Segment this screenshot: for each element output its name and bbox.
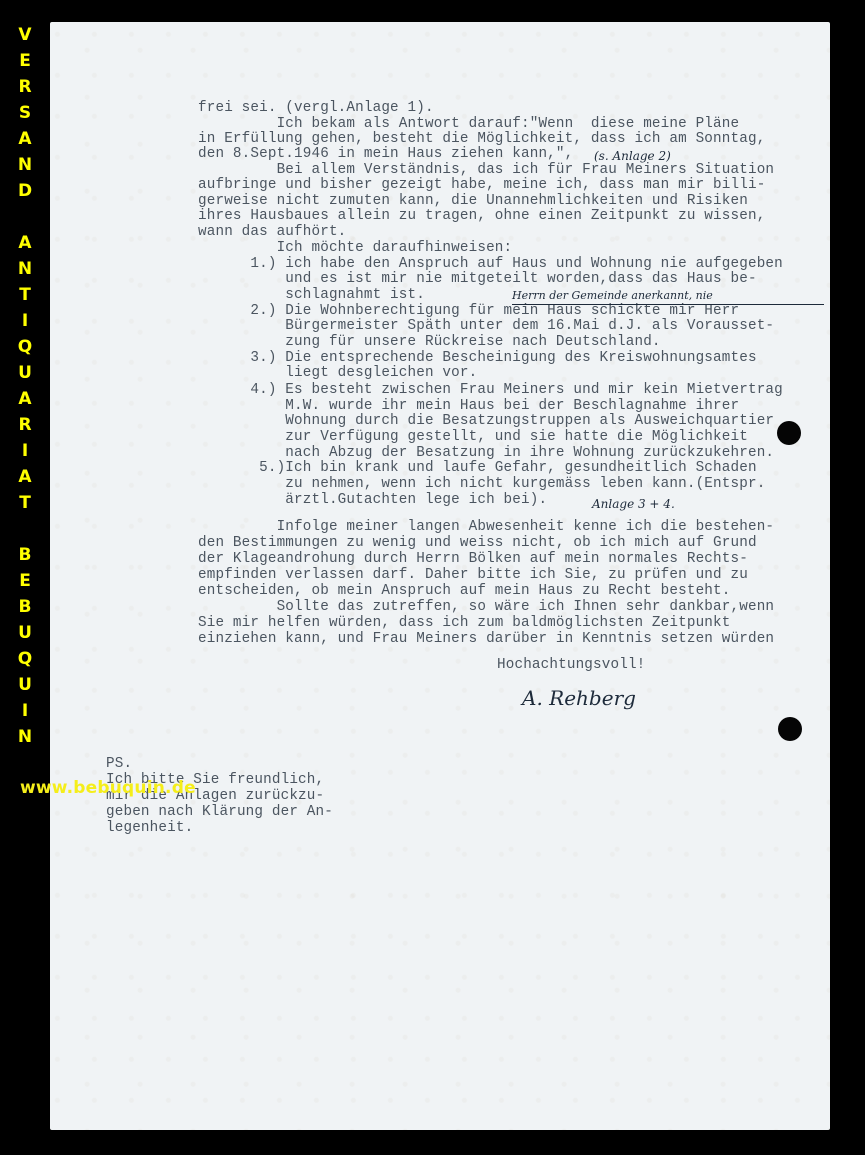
banner-letter: U	[18, 672, 32, 698]
letter-line: Sollte das zutreffen, so wäre ich Ihnen …	[198, 600, 774, 615]
banner-letter: D	[18, 178, 32, 204]
letter-line: der Klageandrohung durch Herrn Bölken au…	[198, 552, 748, 567]
banner-letter: U	[18, 620, 32, 646]
letter-line: Ich bekam als Antwort darauf:"Wenn diese…	[198, 117, 739, 132]
letter-line: Wohnung durch die Besatzungstruppen als …	[198, 414, 774, 429]
letter-line: aufbringe und bisher gezeigt habe, meine…	[198, 178, 765, 193]
banner-letter: I	[22, 698, 28, 724]
letter-line: liegt desgleichen vor.	[198, 366, 477, 381]
letter-line: nach Abzug der Besatzung in ihre Wohnung…	[198, 446, 774, 461]
letter-line: den Bestimmungen zu wenig und weiss nich…	[198, 536, 757, 551]
letter-line: 3.) Die entsprechende Bescheinigung des …	[198, 351, 757, 366]
banner-letter: N	[18, 724, 32, 750]
signature: A. Rehberg	[522, 686, 636, 710]
letter-line: schlagnahmt ist.	[198, 288, 425, 303]
banner-letter: B	[19, 542, 32, 568]
letter-line: und es ist mir nie mitgeteilt worden,das…	[198, 272, 757, 287]
letter-line: Bei allem Verständnis, das ich für Frau …	[198, 163, 774, 178]
letter-line: 2.) Die Wohnberechtigung für mein Haus s…	[198, 304, 739, 319]
letter-line: 1.) ich habe den Anspruch auf Haus und W…	[198, 257, 783, 272]
banner-letter: E	[19, 568, 31, 594]
postscript-line: PS.	[106, 757, 132, 772]
letter-line: den 8.Sept.1946 in mein Haus ziehen kann…	[198, 147, 573, 162]
banner-letter: R	[18, 74, 31, 100]
letter-line: empfinden verlassen darf. Daher bitte ic…	[198, 568, 748, 583]
banner-letter: I	[22, 308, 28, 334]
letter-line: zung für unsere Rückreise nach Deutschla…	[198, 335, 661, 350]
banner-letter: N	[18, 256, 32, 282]
banner-letter: A	[18, 230, 31, 256]
handwritten-note-anlage-2: (s. Anlage 2)	[594, 149, 671, 164]
handwritten-note-item-1: Herrn der Gemeinde anerkannt, nie	[512, 289, 824, 305]
letter-line: wann das aufhört.	[198, 225, 346, 240]
banner-letter: A	[18, 126, 31, 152]
letter-line: entscheiden, ob mein Anspruch auf mein H…	[198, 584, 731, 599]
banner-letter: E	[19, 48, 31, 74]
banner-letter: Q	[18, 646, 32, 672]
banner-letter: B	[19, 594, 32, 620]
letter-line: 4.) Es besteht zwischen Frau Meiners und…	[198, 383, 783, 398]
postscript-line: geben nach Klärung der An-	[106, 805, 333, 820]
handwritten-note-anlage-3-4: Anlage 3 + 4.	[592, 497, 675, 512]
banner-letter: T	[19, 282, 31, 308]
letter-line: ärztl.Gutachten lege ich bei).	[198, 493, 547, 508]
vertical-banner: VERSANDANTIQUARIATBEBUQUIN	[0, 22, 50, 750]
banner-letter: S	[19, 100, 31, 126]
letter-line: frei sei. (vergl.Anlage 1).	[198, 101, 434, 116]
banner-letter: T	[19, 490, 31, 516]
letter-line: ihres Hausbaues allein zu tragen, ohne e…	[198, 209, 765, 224]
letter-line: in Erfüllung gehen, besteht die Möglichk…	[198, 132, 765, 147]
banner-letter: A	[18, 386, 31, 412]
banner-letter: I	[22, 438, 28, 464]
letter-line: zu nehmen, wenn ich nicht kurgemäss lebe…	[198, 477, 765, 492]
banner-letter: V	[18, 22, 31, 48]
letter-line: zur Verfügung gestellt, und sie hatte di…	[198, 430, 748, 445]
postscript-line: legenheit.	[106, 821, 193, 836]
letter-line: einziehen kann, und Frau Meiners darüber…	[198, 632, 774, 647]
banner-letter: Q	[18, 334, 32, 360]
letter-line: Sie mir helfen würden, dass ich zum bald…	[198, 616, 731, 631]
letter-line: Ich möchte daraufhinweisen:	[198, 241, 512, 256]
banner-letter: R	[18, 412, 31, 438]
punch-hole	[778, 717, 802, 741]
banner-letter: A	[18, 464, 31, 490]
closing-salutation: Hochachtungsvoll!	[497, 658, 645, 673]
banner-letter: U	[18, 360, 32, 386]
letter-line: Bürgermeister Späth unter dem 16.Mai d.J…	[198, 319, 774, 334]
letter-line: 5.)Ich bin krank und laufe Gefahr, gesun…	[198, 461, 757, 476]
letter-line: M.W. wurde ihr mein Haus bei der Beschla…	[198, 399, 739, 414]
letter-line: gerweise nicht zumuten kann, die Unanneh…	[198, 194, 748, 209]
website-watermark: www.bebuquin.de	[20, 778, 196, 798]
punch-hole	[777, 421, 801, 445]
letter-line: Infolge meiner langen Abwesenheit kenne …	[198, 520, 774, 535]
banner-letter: N	[18, 152, 32, 178]
